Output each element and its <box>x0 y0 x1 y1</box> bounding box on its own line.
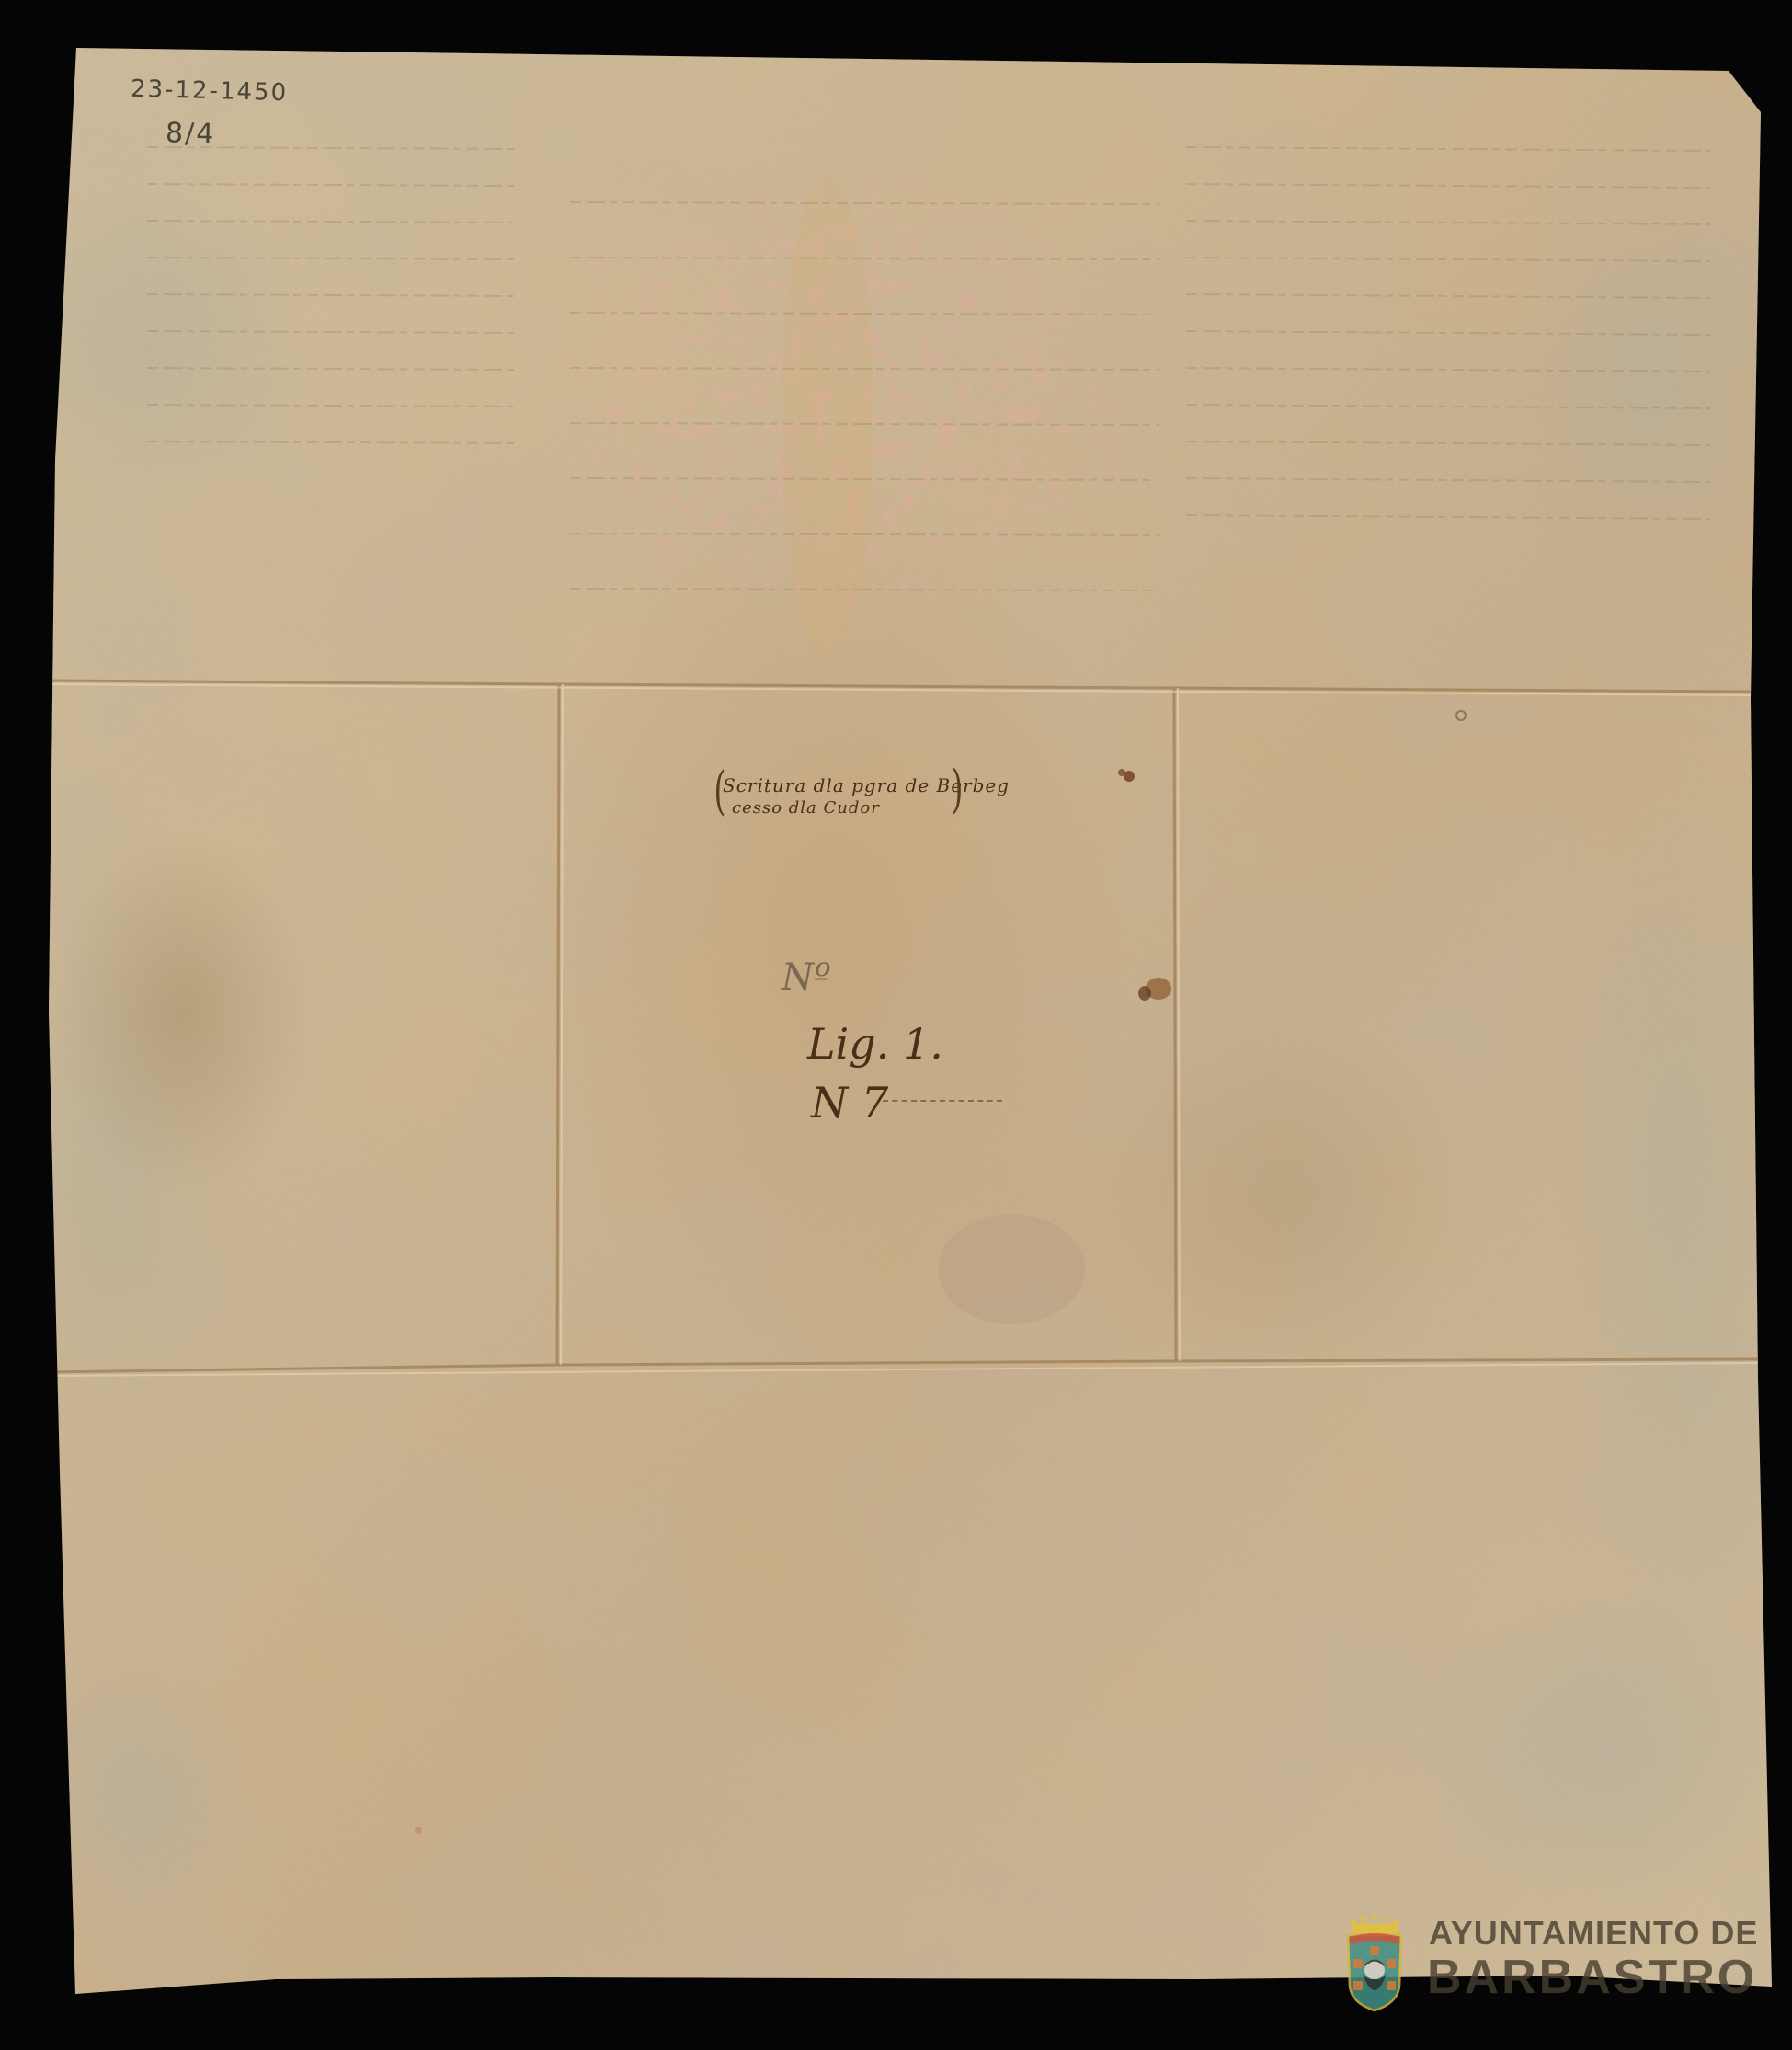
shelf-mark-dash-line <box>883 1100 1002 1102</box>
endorsement-line-1: Scritura dla pgra de Berbeg <box>723 774 1010 796</box>
shelf-mark-item: N 7 <box>811 1078 888 1128</box>
ink-bracket-right: ) <box>951 760 963 819</box>
pencil-date-annotation: 23-12-1450 <box>131 75 289 107</box>
ayuntamiento-watermark: AYUNTAMIENTO DE BARBASTRO <box>1344 1915 1758 2012</box>
endorsement-line-2: cesso dla Cudor <box>732 798 880 818</box>
shelf-mark-number-prefix: Nº <box>782 956 831 999</box>
coat-of-arms-icon <box>1344 1915 1405 2012</box>
watermark-line-1: AYUNTAMIENTO DE <box>1429 1915 1758 1952</box>
watermark-line-2: BARBASTRO <box>1427 1952 1758 2003</box>
pencil-reference-annotation: 8/4 <box>166 117 216 150</box>
shelf-mark-bundle: Lig. 1. <box>807 1019 943 1069</box>
